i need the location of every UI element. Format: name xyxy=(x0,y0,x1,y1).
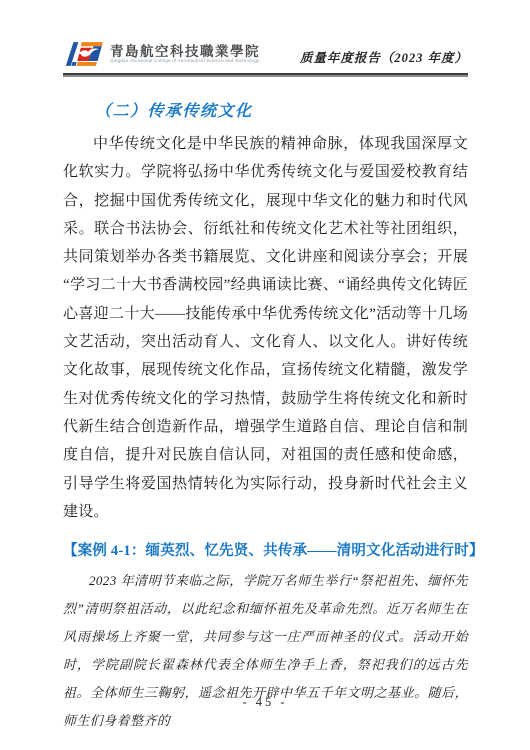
page-header: 青島航空科技職業學院 Qingdao Vocational College of… xyxy=(63,0,468,68)
page-footer: - 45 - xyxy=(0,695,530,710)
page-body: （二）传承传统文化 中华传统文化是中华民族的精神命脉，体现我国深厚文化软实力。学… xyxy=(63,98,468,735)
college-name: 青島航空科技職業學院 xyxy=(110,45,260,59)
case-study-heading: 【案例 4-1：缅英烈、忆先贤、共传承——清明文化活动进行时】 xyxy=(63,539,468,560)
section-heading: （二）传承传统文化 xyxy=(63,98,468,121)
header-rule xyxy=(63,73,468,77)
college-name-english: Qingdao Vocational College of Aeronautic… xyxy=(110,59,260,64)
college-brand: 青島航空科技職業學院 Qingdao Vocational College of… xyxy=(63,40,260,68)
page-number: - 45 - xyxy=(242,695,287,709)
section-paragraph: 中华传统文化是中华民族的精神命脉，体现我国深厚文化软实力。学院将弘扬中华优秀传统… xyxy=(63,130,468,526)
college-brand-text: 青島航空科技職業學院 Qingdao Vocational College of… xyxy=(110,45,260,64)
report-title: 质量年度报告（2023 年度） xyxy=(300,48,468,68)
college-logo-icon xyxy=(63,40,105,68)
document-page: 青島航空科技職業學院 Qingdao Vocational College of… xyxy=(0,0,530,750)
